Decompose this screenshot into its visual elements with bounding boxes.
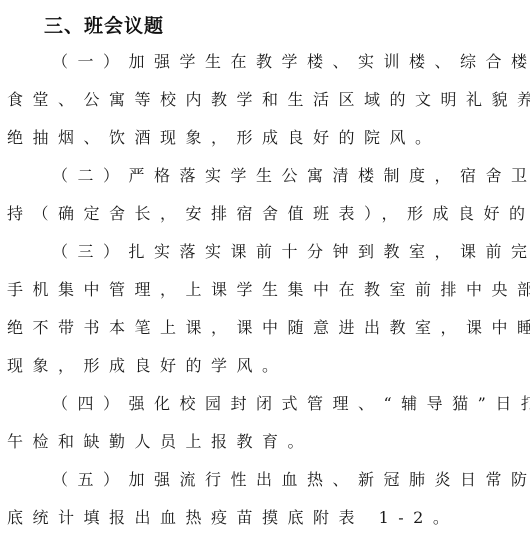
paragraph-line: 现象，形成良好的学风。 <box>7 355 527 377</box>
paragraph-line: 食堂、公寓等校内教学和生活区域的文明礼貌养成教育，杜 <box>7 89 527 111</box>
paragraph-line: 绝不带书本笔上课，课中随意进出教室，课中睡觉吃零食等 <box>7 317 527 339</box>
paragraph-line: （五）加强流行性出血热、新冠肺炎日常防护教育，摸 <box>52 469 530 491</box>
paragraph-line: （一）加强学生在教学楼、实训楼、综合楼、图书馆、 <box>52 51 530 73</box>
paragraph-line: 绝抽烟、饮酒现象，形成良好的院风。 <box>7 127 527 149</box>
paragraph-line: 手机集中管理，上课学生集中在教室前排中央部位就坐，杜 <box>7 279 527 301</box>
section-heading: 三、班会议题 <box>44 11 164 38</box>
paragraph-line: 底统计填报出血热疫苗摸底附表 1-2。 <box>7 507 527 529</box>
paragraph-line: （二）严格落实学生公寓清楼制度，宿舍卫生打扫与保 <box>52 165 530 187</box>
paragraph-line: （四）强化校园封闭式管理、“辅导猫”日打卡每日晨 <box>52 393 530 415</box>
paragraph-line: 持（确定舍长，安排宿舍值班表），形成良好的舍风。 <box>7 203 527 225</box>
paragraph-line: （三）扎实落实课前十分钟到教室，课前完成班级考勤 <box>52 241 530 263</box>
paragraph-line: 午检和缺勤人员上报教育。 <box>7 431 527 453</box>
